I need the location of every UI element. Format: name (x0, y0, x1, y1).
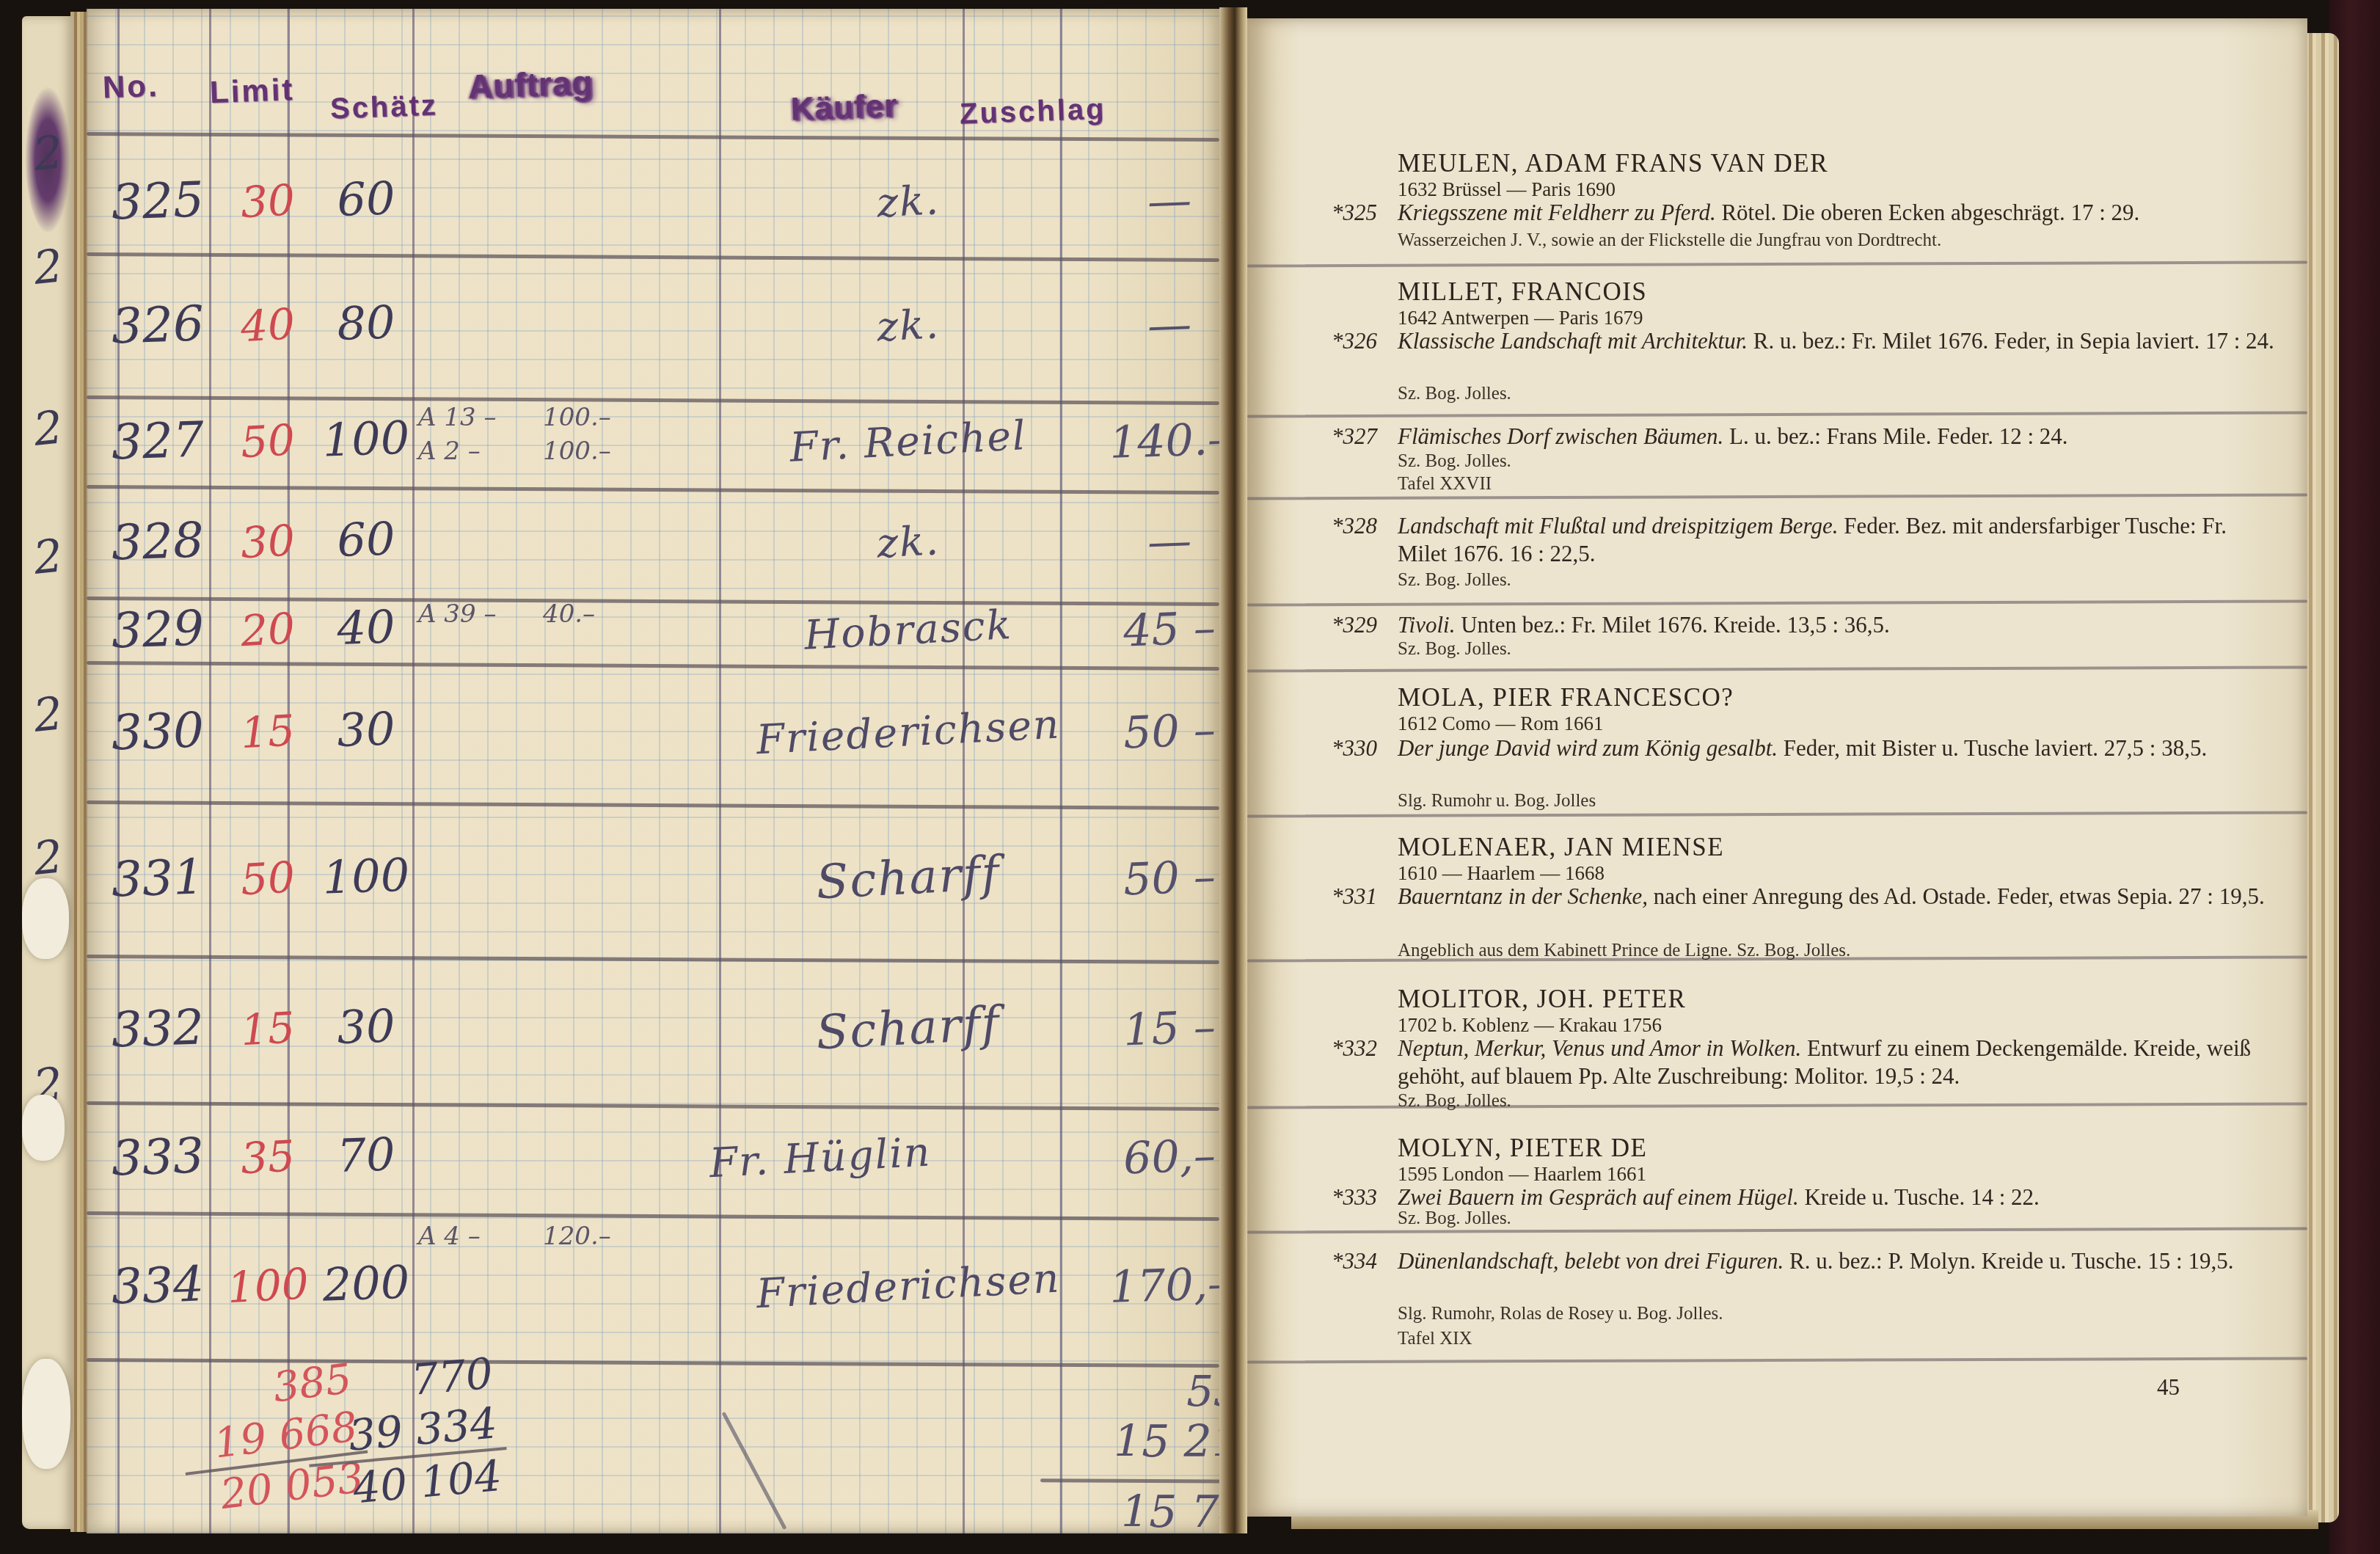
ledger-row-326: 326 40 80 zk. — (87, 255, 1219, 398)
lot-description: Rötel. Die oberen Ecken abgeschrägt. 17 … (1716, 200, 2140, 225)
hammer-price: 15 – (1066, 999, 1219, 1058)
plate-ref: Tafel XIX (1398, 1329, 1472, 1349)
header-auftrag: Auftrag (467, 62, 594, 106)
artist-heading: MOLYN, PIETER DE (1398, 1134, 1647, 1163)
lot-note: Slg. Rumohr, Rolas de Rosey u. Bog. Joll… (1398, 1304, 1723, 1324)
lot-entry-326: *326Klassische Landschaft mit Architektu… (1332, 327, 2274, 355)
header-schaetz: Schätz (329, 89, 438, 125)
lot-no: 329 (103, 599, 213, 660)
lot-no: 332 (103, 999, 213, 1059)
hammer-price: 50 – (1066, 702, 1219, 761)
lot-note: Sz. Bog. Jolles. (1398, 1208, 1511, 1229)
ledger-row-332: 332 15 30 Scharff 15 – (87, 957, 1219, 1104)
lot-no: 330 (103, 701, 213, 762)
hammer-price: 60,– (1066, 1128, 1219, 1186)
buyer-name: Friederichsen (687, 1251, 1130, 1321)
hammer-price: — (1066, 296, 1219, 354)
lot-entry-334: *334Dünenlandschaft, belebt von drei Fig… (1332, 1247, 2274, 1275)
limit-value: 20 (226, 602, 309, 657)
schaetz-value: 200 (310, 1255, 422, 1312)
buyer-name: Scharff (687, 990, 1129, 1067)
artist-dates: 1610 — Haarlem — 1668 (1398, 862, 1605, 885)
lot-no: 328 (103, 511, 213, 572)
artist-heading: MOLENAER, JAN MIENSE (1398, 833, 1724, 862)
zuschlag-carry: 15 213 (952, 1418, 1219, 1466)
limit-value: 30 (226, 514, 309, 569)
lot-note: Angeblich aus dem Kabinett Prince de Lig… (1398, 941, 1850, 961)
lot-title: Flämisches Dorf zwischen Bäumen. (1398, 423, 1723, 449)
lot-note: Sz. Bog. Jolles. (1398, 451, 1511, 472)
lot-entry-327: *327Flämisches Dorf zwischen Bäumen. L. … (1332, 423, 2274, 450)
ledger-row-328: 328 30 60 zk. — (87, 488, 1219, 599)
plate-ref: Tafel XXVII (1398, 474, 1492, 495)
pencil-rule (1247, 811, 2307, 817)
header-rule (87, 132, 1219, 142)
ledger-row-327: 327 50 100 A 13 –100.– A 2 –100.– Fr. Re… (87, 398, 1219, 488)
margin-digit: 2 (31, 686, 65, 743)
lot-description: nach einer Anregung des Ad. Ostade. Fede… (1648, 883, 2265, 909)
lot-number: *332 (1332, 1035, 1377, 1062)
pencil-rule (1247, 665, 2307, 672)
lot-title: Klassische Landschaft mit Architektur. (1398, 328, 1748, 354)
schaetz-value: 40 (310, 599, 422, 656)
buyer-name: zk. (687, 166, 1130, 236)
header-kaeufer: Käufer (790, 87, 898, 128)
lot-entry-331: *331Bauerntanz in der Schenke, nach eine… (1332, 883, 2274, 911)
torn-edge (22, 1095, 65, 1161)
pencil-rule (1247, 260, 2307, 267)
lot-note: Slg. Rumohr u. Bog. Jolles (1398, 791, 1596, 811)
hammer-price: — (1066, 172, 1219, 230)
lot-entry-333: *333Zwei Bauern im Gespräch auf einem Hü… (1332, 1183, 2274, 1211)
zuschlag-grand-total-wrap: 15 743 (1011, 1488, 1219, 1533)
book-gutter (1219, 7, 1247, 1533)
zuschlag-carry-wrap: 15 213 (952, 1418, 1219, 1466)
lot-no: 334 (103, 1255, 213, 1316)
lot-description: L. u. bez.: Frans Mile. Feder. 12 : 24. (1723, 423, 2067, 449)
lot-number: *328 (1332, 512, 1377, 540)
ledger-row-333: 333 35 70 Fr. Hüglin 60,– (87, 1104, 1219, 1214)
zuschlag-grand-total: 15 743 (1011, 1488, 1219, 1533)
order-bid: A 39 –40.– (418, 599, 726, 629)
lot-no: 327 (103, 411, 213, 471)
schaetz-value: 70 (310, 1126, 422, 1183)
hammer-price: 140.– (1066, 412, 1219, 470)
artist-dates: 1632 Brüssel — Paris 1690 (1398, 178, 1616, 201)
order-bid: A 2 –100.– (418, 437, 726, 466)
header-limit: Limit (209, 72, 295, 110)
check-stroke (722, 1412, 787, 1530)
zuschlag-sum-rule (1040, 1478, 1219, 1484)
schaetz-totals: 770 39 334 40 104 (300, 1348, 511, 1517)
ledger-row-325: 325 30 60 zk. — (87, 150, 1219, 255)
lot-description: Feder, mit Bister u. Tusche laviert. 27,… (1778, 735, 2207, 761)
limit-value: 50 (226, 851, 309, 905)
hammer-price: — (1066, 512, 1219, 571)
torn-edge (22, 878, 69, 959)
limit-value: 15 (226, 1002, 309, 1056)
pencil-rule (1247, 599, 2307, 606)
lot-number: *329 (1332, 611, 1377, 639)
buyer-name: Fr. Hüglin (599, 1123, 1042, 1192)
header-no: No. (102, 68, 159, 106)
lot-description: R. u. bez.: Fr. Milet 1676. Feder, in Se… (1748, 328, 2274, 354)
schaetz-value: 60 (310, 170, 422, 227)
lot-note: Sz. Bog. Jolles. (1398, 639, 1511, 660)
catalog-page: MEULEN, ADAM FRANS VAN DER 1632 Brüssel … (1247, 18, 2307, 1517)
lot-no: 326 (103, 294, 213, 354)
artist-dates: 1612 Como — Rom 1661 (1398, 712, 1604, 735)
limit-value: 50 (226, 414, 309, 468)
lot-no: 333 (103, 1127, 213, 1187)
buyer-name: Fr. Reichel (687, 406, 1130, 476)
torn-edge (22, 1359, 70, 1469)
buyer-name: Scharff (687, 839, 1129, 916)
ledger-row-331: 331 50 100 Scharff 50 – (87, 803, 1219, 957)
schaetz-value: 100 (310, 847, 422, 905)
lot-description: Kreide u. Tusche. 14 : 22. (1799, 1184, 2040, 1210)
buyer-name: zk. (687, 507, 1130, 577)
ledger-page: No. Limit Schätz Auftrag Käufer Zuschlag… (87, 9, 1219, 1533)
artist-dates: 1642 Antwerpen — Paris 1679 (1398, 307, 1643, 329)
lot-entry-325: *325Kriegsszene mit Feldherr zu Pferd. R… (1332, 199, 2274, 227)
lot-note: Wasserzeichen J. V., sowie an der Flicks… (1398, 230, 1941, 251)
lot-note: Sz. Bog. Jolles. (1398, 1091, 1511, 1112)
limit-value: 40 (226, 298, 309, 352)
zuschlag-page-total: 530 (1099, 1368, 1219, 1415)
lot-title: Tivoli. (1398, 612, 1455, 638)
schaetz-value: 60 (310, 511, 422, 568)
lot-title: Kriegsszene mit Feldherr zu Pferd. (1398, 200, 1716, 225)
hammer-price: 170,– (1066, 1256, 1219, 1315)
lot-number: *325 (1332, 199, 1377, 227)
lot-no: 325 (103, 170, 213, 230)
order-bid: A 4 –120.– (418, 1222, 726, 1251)
lot-entry-330: *330Der junge David wird zum König gesal… (1332, 734, 2274, 762)
limit-value: 100 (226, 1258, 309, 1313)
hammer-price: 45 – (1066, 600, 1219, 659)
artist-dates: 1702 b. Koblenz — Krakau 1756 (1398, 1014, 1662, 1037)
hammer-price: 50 – (1066, 849, 1219, 908)
ledger-row-330: 330 15 30 Friederichsen 50 – (87, 664, 1219, 803)
buyer-name: zk. (687, 290, 1130, 360)
artist-heading: MILLET, FRANCOIS (1398, 277, 1647, 307)
artist-dates: 1595 London — Haarlem 1661 (1398, 1163, 1646, 1186)
artist-heading: MOLITOR, JOH. PETER (1398, 985, 1686, 1014)
margin-digit: 2 (31, 829, 65, 886)
zuschlag-page-total-wrap: 530 (1099, 1368, 1219, 1415)
margin-digit: 2 (31, 400, 65, 456)
header-zuschlag: Zuschlag (959, 93, 1106, 131)
artist-heading: MOLA, PIER FRANCESCO? (1398, 683, 1734, 712)
lot-title: Der junge David wird zum König gesalbt. (1398, 735, 1778, 761)
margin-digit: 2 (31, 125, 65, 181)
order-bid: A 13 –100.– (418, 403, 726, 432)
lot-description: R. u. bez.: P. Molyn. Kreide u. Tusche. … (1784, 1248, 2233, 1274)
lot-entry-328: *328Landschaft mit Flußtal und dreispitz… (1332, 512, 2274, 568)
schaetz-value: 30 (310, 998, 422, 1055)
limit-value: 30 (226, 174, 309, 228)
schaetz-value: 100 (310, 410, 422, 467)
schaetz-value: 30 (310, 701, 422, 758)
lot-title: Neptun, Merkur, Venus und Amor in Wolken… (1398, 1035, 1801, 1061)
buyer-name: Friederichsen (687, 697, 1130, 767)
pencil-rule (1247, 411, 2307, 417)
margin-digit: 2 (31, 528, 65, 585)
lot-number: *333 (1332, 1183, 1377, 1211)
page-edges-right (2304, 33, 2339, 1522)
lot-title: Landschaft mit Flußtal und dreispitzigem… (1398, 513, 1838, 539)
ledger-row-329: 329 20 40 A 39 –40.– Hobrasck 45 – (87, 599, 1219, 664)
lot-number: *331 (1332, 883, 1377, 911)
lot-note: Sz. Bog. Jolles. (1398, 570, 1511, 591)
schaetz-value: 80 (310, 294, 422, 351)
lot-no: 331 (103, 848, 213, 908)
lot-number: *330 (1332, 734, 1377, 762)
lot-title: Bauerntanz in der Schenke, (1398, 883, 1648, 909)
lot-number: *334 (1332, 1247, 1377, 1275)
ledger-row-334: 334 100 200 A 4 –120.– Friederichsen 170… (87, 1214, 1219, 1361)
lot-entry-332: *332Neptun, Merkur, Venus und Amor in Wo… (1332, 1035, 2274, 1090)
page-number: 45 (2157, 1374, 2180, 1401)
under-page-margin: 2 2 2 2 2 2 2 (22, 16, 73, 1529)
artist-heading: MEULEN, ADAM FRANS VAN DER (1398, 149, 1828, 178)
buyer-name: Hobrasck (687, 595, 1130, 665)
lot-title: Zwei Bauern im Gespräch auf einem Hügel. (1398, 1184, 1799, 1210)
limit-value: 15 (226, 704, 309, 759)
lot-note: Sz. Bog. Jolles. (1398, 384, 1511, 404)
lot-title: Dünenlandschaft, belebt von drei Figuren… (1398, 1248, 1784, 1274)
lot-entry-329: *329Tivoli. Unten bez.: Fr. Milet 1676. … (1332, 611, 2274, 639)
lot-description: Unten bez.: Fr. Milet 1676. Kreide. 13,5… (1455, 612, 1889, 638)
pencil-rule (1247, 1357, 2307, 1363)
margin-digit: 2 (31, 238, 65, 295)
lot-number: *327 (1332, 423, 1377, 450)
lot-number: *326 (1332, 327, 1377, 355)
limit-value: 35 (226, 1130, 309, 1184)
